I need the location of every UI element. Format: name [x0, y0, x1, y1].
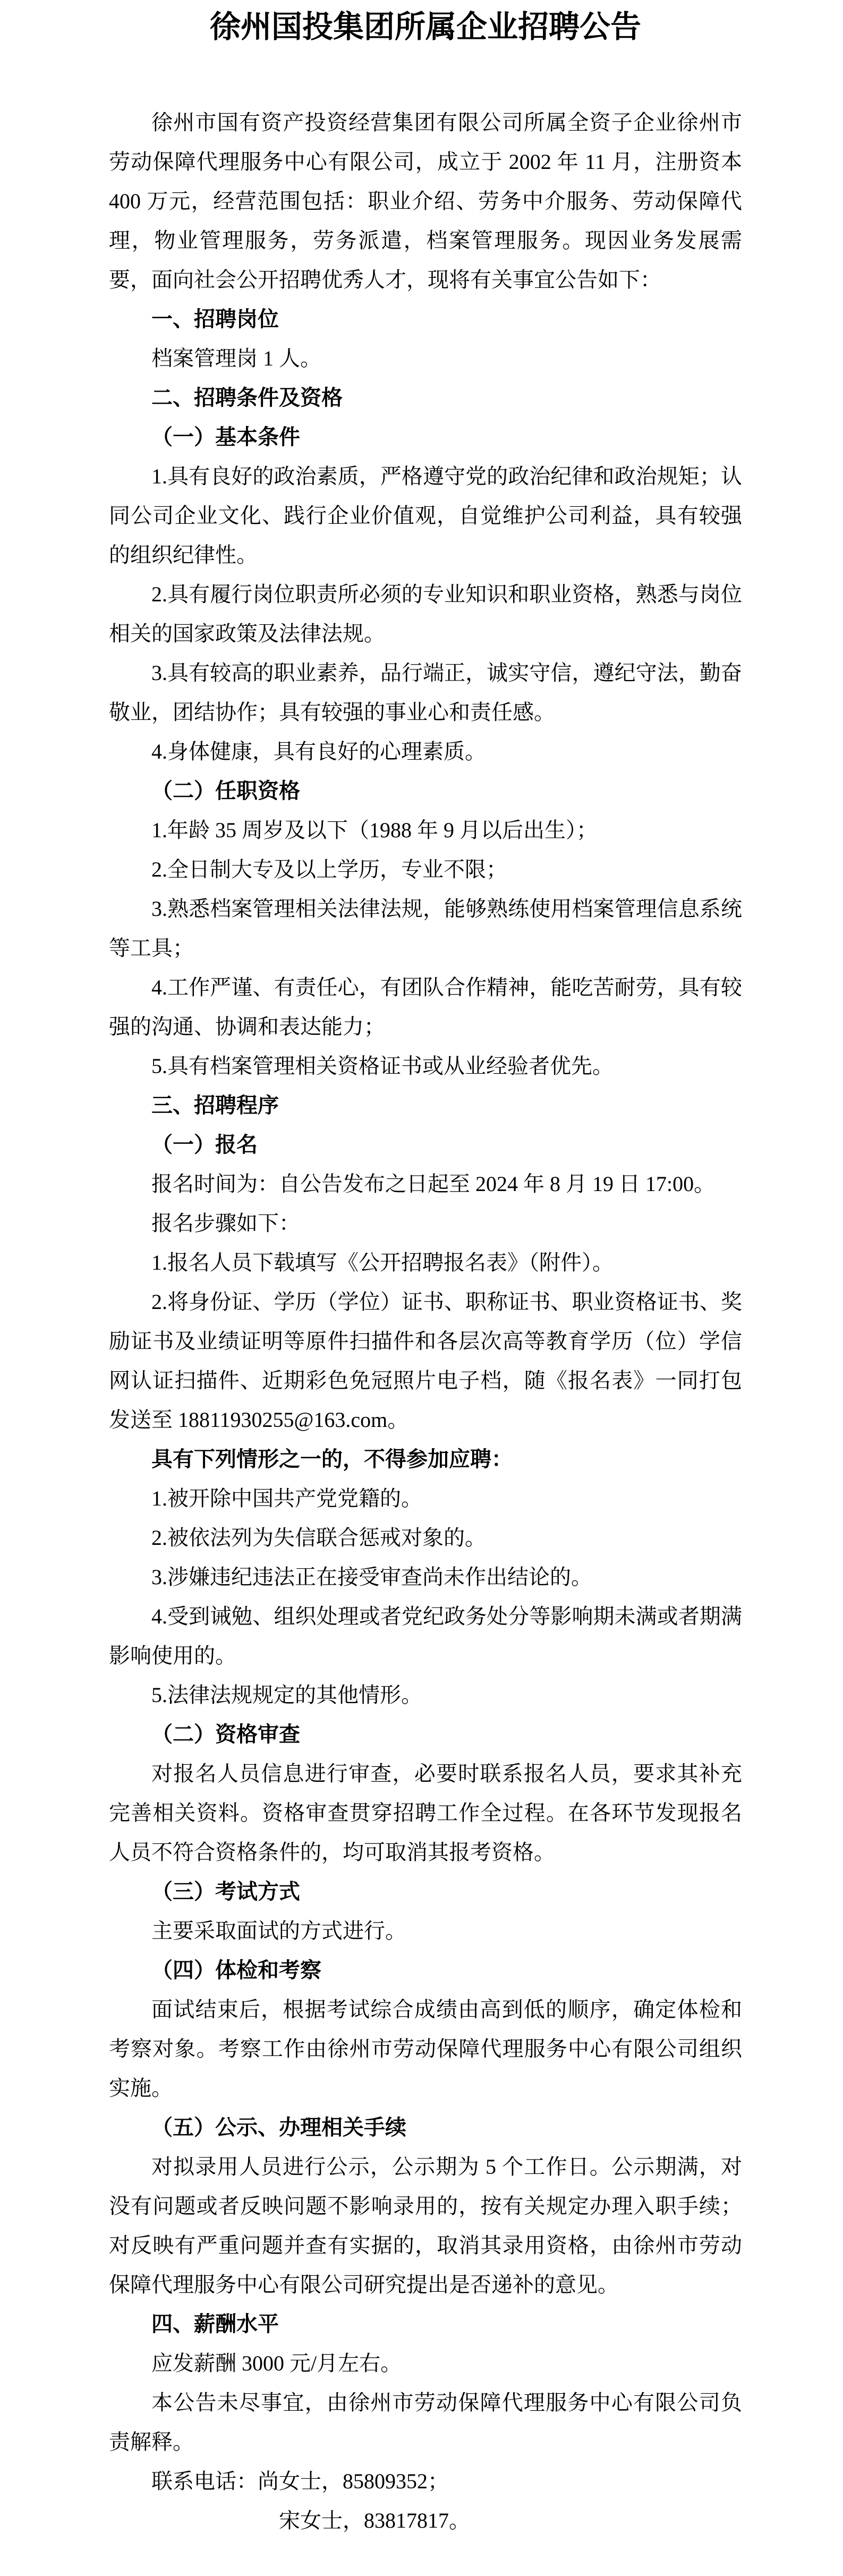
section-heading: 二、招聘条件及资格: [109, 378, 742, 418]
paragraph: 2.将身份证、学历（学位）证书、职称证书、职业资格证书、奖励证书及业绩证明等原件…: [109, 1282, 742, 1440]
paragraph: 3.熟悉档案管理相关法律法规，能够熟练使用档案管理信息系统等工具；: [109, 889, 742, 968]
paragraph: 档案管理岗 1 人。: [109, 339, 742, 378]
paragraph: 报名时间为：自公告发布之日起至 2024 年 8 月 19 日 17:00。: [109, 1164, 742, 1204]
section-heading: （三）考试方式: [109, 1872, 742, 1911]
paragraph: 宋女士，83817817。: [109, 2501, 742, 2540]
paragraph: 3.涉嫌违纪违法正在接受审查尚未作出结论的。: [109, 1558, 742, 1597]
section-heading: （一）基本条件: [109, 418, 742, 457]
paragraph: 对拟录用人员进行公示，公示期为 5 个工作日。公示期满，对没有问题或者反映问题不…: [109, 2147, 742, 2305]
paragraph: 报名步骤如下：: [109, 1204, 742, 1243]
paragraph: 4.身体健康，具有良好的心理素质。: [109, 732, 742, 771]
paragraph: 2.全日制大专及以上学历，专业不限；: [109, 850, 742, 889]
paragraph: 应发薪酬 3000 元/月左右。: [109, 2344, 742, 2383]
document-body: 徐州市国有资产投资经营集团有限公司所属全资子企业徐州市劳动保障代理服务中心有限公…: [109, 103, 742, 2540]
paragraph: 主要采取面试的方式进行。: [109, 1911, 742, 1951]
section-heading: 四、薪酬水平: [109, 2305, 742, 2344]
document-page: 徐州国投集团所属企业招聘公告 徐州市国有资产投资经营集团有限公司所属全资子企业徐…: [0, 0, 843, 2576]
paragraph: 4.工作严谨、有责任心，有团队合作精神，能吃苦耐劳，具有较强的沟通、协调和表达能…: [109, 968, 742, 1047]
section-heading: （一）报名: [109, 1125, 742, 1164]
paragraph: 面试结束后，根据考试综合成绩由高到低的顺序，确定体检和考察对象。考察工作由徐州市…: [109, 1990, 742, 2108]
paragraph: 2.被依法列为失信联合惩戒对象的。: [109, 1518, 742, 1558]
section-heading: （五）公示、办理相关手续: [109, 2108, 742, 2147]
paragraph: 对报名人员信息进行审查，必要时联系报名人员，要求其补充完善相关资料。资格审查贯穿…: [109, 1754, 742, 1872]
section-heading: 一、招聘岗位: [109, 300, 742, 339]
paragraph: 1.报名人员下载填写《公开招聘报名表》（附件）。: [109, 1243, 742, 1282]
document-title: 徐州国投集团所属企业招聘公告: [109, 10, 742, 45]
section-heading: （二）任职资格: [109, 771, 742, 811]
paragraph: 2.具有履行岗位职责所必须的专业知识和职业资格，熟悉与岗位相关的国家政策及法律法…: [109, 575, 742, 653]
paragraph: 1.被开除中国共产党党籍的。: [109, 1479, 742, 1518]
section-heading: （二）资格审查: [109, 1715, 742, 1754]
section-heading: （四）体检和考察: [109, 1951, 742, 1990]
paragraph: 5.具有档案管理相关资格证书或从业经验者优先。: [109, 1047, 742, 1086]
paragraph: 5.法律法规规定的其他情形。: [109, 1676, 742, 1715]
paragraph: 徐州市国有资产投资经营集团有限公司所属全资子企业徐州市劳动保障代理服务中心有限公…: [109, 103, 742, 300]
paragraph: 3.具有较高的职业素养，品行端正，诚实守信，遵纪守法，勤奋敬业，团结协作；具有较…: [109, 653, 742, 732]
section-heading: 三、招聘程序: [109, 1086, 742, 1125]
paragraph: 4.受到诫勉、组织处理或者党纪政务处分等影响期未满或者期满影响使用的。: [109, 1597, 742, 1676]
paragraph: 1.年龄 35 周岁及以下（1988 年 9 月以后出生）；: [109, 811, 742, 850]
paragraph: 本公告未尽事宜，由徐州市劳动保障代理服务中心有限公司负责解释。: [109, 2383, 742, 2462]
paragraph: 1.具有良好的政治素质，严格遵守党的政治纪律和政治规矩；认同公司企业文化、践行企…: [109, 457, 742, 575]
paragraph: 具有下列情形之一的，不得参加应聘：: [109, 1440, 742, 1479]
paragraph: 联系电话：尚女士，85809352；: [109, 2462, 742, 2501]
